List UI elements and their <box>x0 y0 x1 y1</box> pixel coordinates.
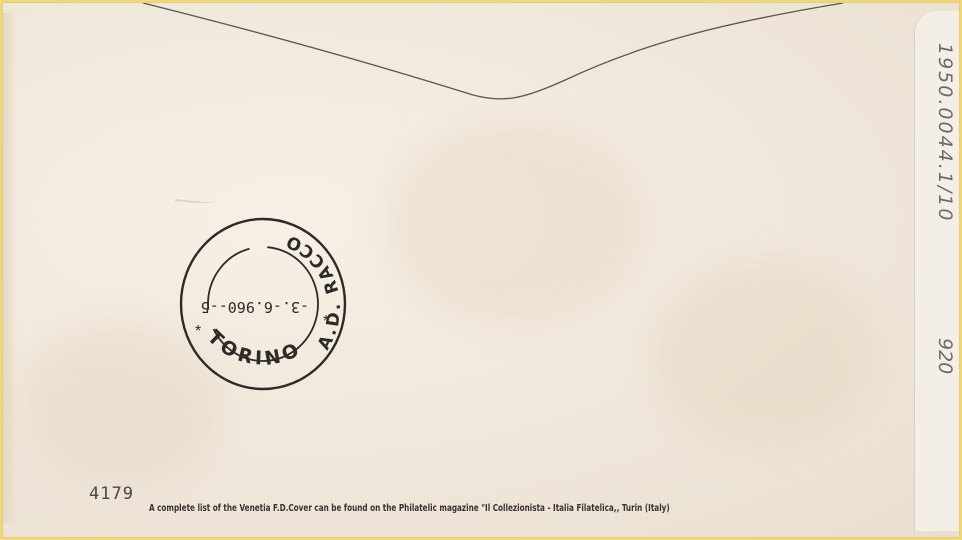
printed-footer-note: A complete list of the Venetia F.D.Cover… <box>149 503 670 514</box>
postmark-city: TORINO <box>203 326 306 370</box>
envelope-flap-edge <box>3 3 960 203</box>
envelope-back: TORINO A.D. RACCO * * -3.-6.960--5 1950.… <box>2 2 960 538</box>
catalog-reference: 1950.0044.1/10 <box>934 43 956 222</box>
serial-number: 4179 <box>89 484 134 504</box>
postmark-star-icon: * <box>195 323 201 340</box>
postmark-office: A.D. RACCO <box>281 230 345 354</box>
price-note: 920 <box>934 338 956 374</box>
postmark: TORINO A.D. RACCO * * -3.-6.960--5 <box>173 206 353 401</box>
svg-text:A.D. RACCO: A.D. RACCO <box>281 230 345 354</box>
svg-text:TORINO: TORINO <box>203 326 306 370</box>
postmark-star-icon: * <box>323 313 329 330</box>
paper-stain <box>653 263 873 443</box>
pencil-annotation: 1950.0044.1/10 920 <box>918 43 958 403</box>
postmark-date: -3.-6.960--5 <box>201 298 309 316</box>
